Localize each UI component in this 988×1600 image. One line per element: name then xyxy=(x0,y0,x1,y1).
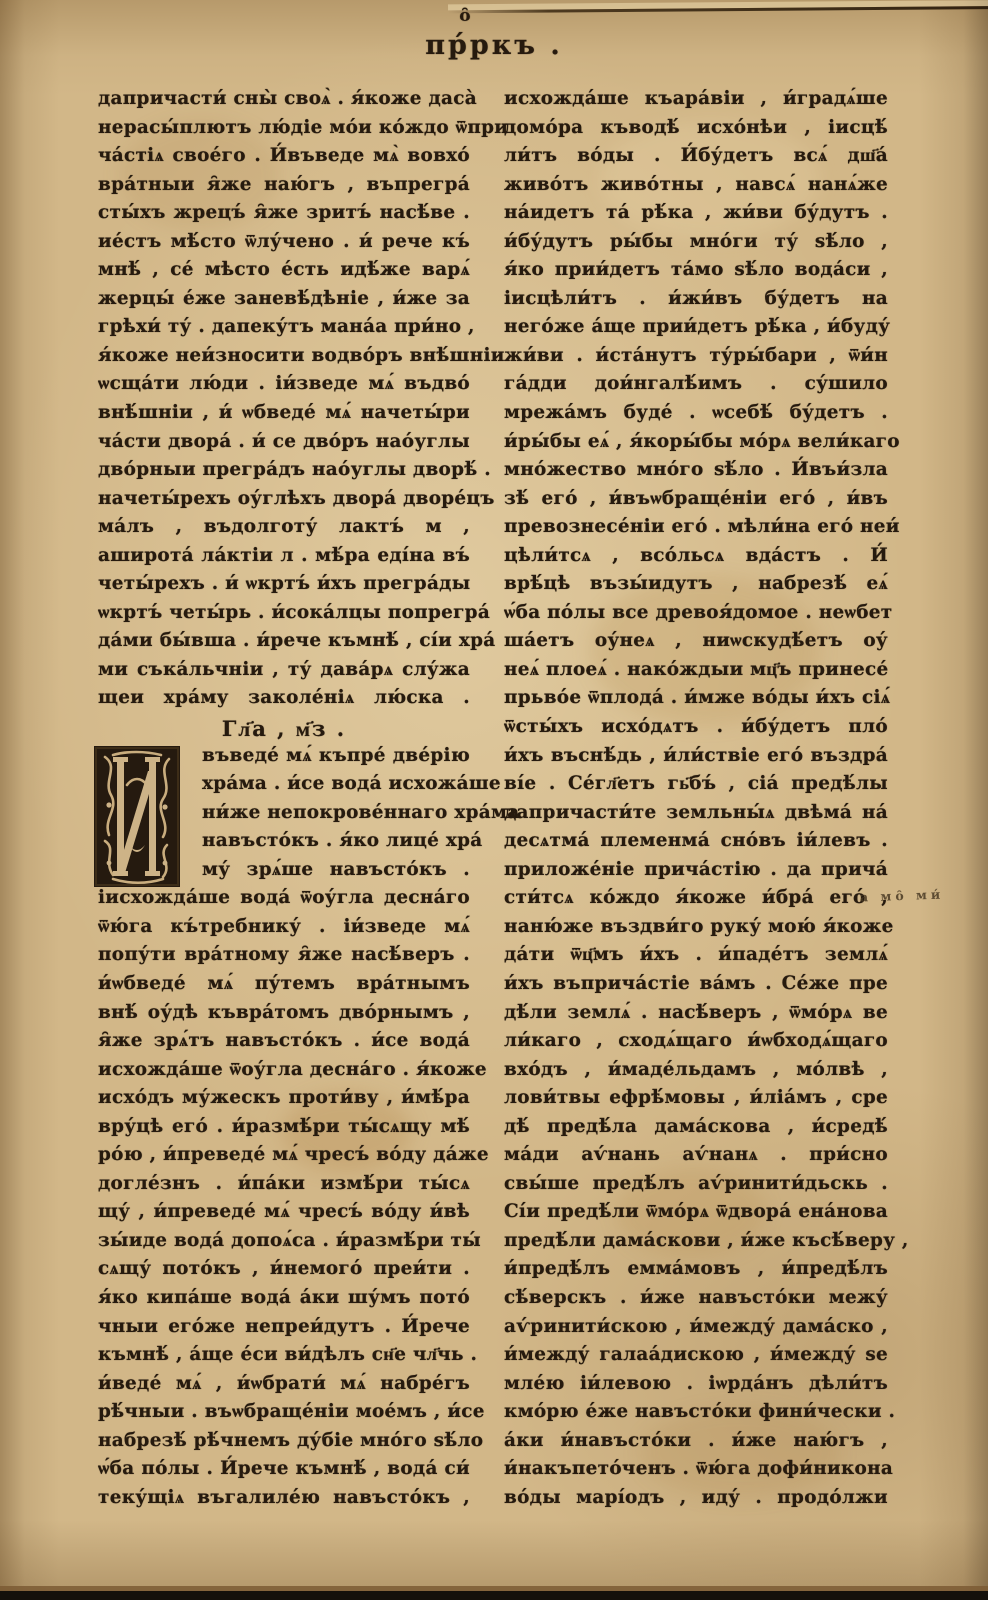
text-line: аширота́ ла́ктіи л . мѣ́ра еді́на въ́ xyxy=(98,545,470,574)
text-line: и́бу́дутъ ры́бы мно́ги ту́ ѕѣ́ло , xyxy=(504,231,888,260)
text-line: свы́ше предѣ́лъ аѵ́ринити́дьскь . xyxy=(504,1173,888,1202)
text-line: во́ды марі́одъ , иду́ . продо́лжи xyxy=(504,1487,888,1516)
text-line: іисцѣли́тъ . и́жи́въ бу́детъ на xyxy=(504,288,888,317)
text-line: ча́стіѧ свое́го . И́въведе мѧ̀ вовхо́ xyxy=(98,145,470,174)
text-line: начеты́рехъ оу́глѣхъ двора́ дворе́цъ xyxy=(98,488,470,517)
right-paragraph: исхожда́ше къара́віи , и́градѧ́шедомо́ра… xyxy=(504,88,888,1515)
text-line: вру́цѣ его́ . и́размѣ́ри ты́сѧщу мѣ́ xyxy=(98,1116,470,1145)
decorative-initial-И xyxy=(93,745,181,888)
text-line: дѣ́ли землѧ́ . насѣ́веръ , ѿмо́рѧ ве xyxy=(504,1002,888,1031)
text-line: да́ти ѿц҃мъ и́хъ . и́паде́тъ землѧ́ xyxy=(504,944,888,973)
text-line: неѧ́ плоеѧ́ . нако́ждыи мц҃ъ принесе́ xyxy=(504,659,888,688)
text-line: ѿсты́хъ исхо́дѧтъ . и́бу́детъ пло́ xyxy=(504,716,888,745)
text-line: предѣ́ли дама́скови , и́же късѣ́веру , xyxy=(504,1230,888,1259)
text-line: ма́ди аѵ́нань аѵ́нанѧ . при́сно xyxy=(504,1144,888,1173)
text-line: сты́хъ жрецъ́ я̑же зритъ́ насѣ́ве . xyxy=(98,202,470,231)
text-line: а́ки и́навъсто́ки . и́же наю́гъ , xyxy=(504,1430,888,1459)
left-paragraph-1: дапричасти́ сны̀ своѧ̀ . я́коже даса̀нер… xyxy=(98,88,470,716)
text-line: на́идетъ та́ рѣ́ка , жи́ви бу́дутъ . xyxy=(504,202,888,231)
text-line: мнѣ́ , се́ мѣсто е́сть идѣ́же варѧ́ xyxy=(98,259,470,288)
text-line: ві́е . Се́гл҃етъ гь҃бъ́ , сіа́ предѣ́лы xyxy=(504,773,888,802)
text-line: сѣ́верскъ . и́же навъсто́ки межу́ xyxy=(504,1287,888,1316)
text-line: дапричасти́ сны̀ своѧ̀ . я́коже даса̀ xyxy=(98,88,470,117)
text-line: теку́щіѧ въгалиле́ю навъсто́къ , xyxy=(98,1487,470,1516)
text-line: кмо́рю е́же навъсто́ки фини́чески . xyxy=(504,1401,888,1430)
text-line: мле́ю іи́левою . іѡрда́нъ дѣли́тъ xyxy=(504,1373,888,1402)
text-line: вра́тныи я̑же наю́гъ , въпрегра́ xyxy=(98,174,470,203)
text-line: догле́знъ . и́па́ки измѣ́ри ты́сѧ xyxy=(98,1173,470,1202)
text-line: да́ми бы́вша . и́рече къмнѣ́ , сі́и хра́ xyxy=(98,630,470,659)
right-text-column: исхожда́ше къара́віи , и́градѧ́шедомо́ра… xyxy=(504,88,888,1515)
title-abbreviation-mark: о̑ xyxy=(459,6,470,26)
text-line: и́ры́бы еѧ́ , я́коры́бы мо́рѧ вели́каго xyxy=(504,431,888,460)
book-page: о̑пр́ркъ . дапричасти́ сны̀ своѧ̀ . я́ко… xyxy=(0,0,988,1600)
text-line: цѣли́тсѧ , всо́льсѧ вда́стъ . И́ xyxy=(504,545,888,574)
text-line: га́дди дои́нгалѣ́имъ . су́шило xyxy=(504,373,888,402)
text-line: ша́етъ оу́неѧ , ниѡскудѣ́етъ оу́ xyxy=(504,630,888,659)
text-line: живо́тъ живо́тны , навсѧ́ нанѧ́же xyxy=(504,174,888,203)
text-line: внѣ́шніи , и́ ѡбведе́ мѧ́ начеты́ри xyxy=(98,402,470,431)
text-line: наню́же въздви́го руку́ мою́ я́коже xyxy=(504,916,888,945)
text-line: и́предѣ́лъ емма́мовъ , и́предѣ́лъ xyxy=(504,1258,888,1287)
text-line: и́ѡбведе́ мѧ́ пу́темъ вра́тнымъ xyxy=(98,973,470,1002)
text-line: щеи хра́му заколе́ніѧ лю́ска . xyxy=(98,687,470,716)
text-line: ѡкртъ́ четы́рь . и́сока́лцы попрегра́ xyxy=(98,602,470,631)
text-line: дво́рныи прегра́дъ нао́углы дворѣ́ . xyxy=(98,459,470,488)
running-title: о̑пр́ркъ . xyxy=(425,30,563,61)
text-line: и́накъпето́ченъ . ѿю́га дофи́никона xyxy=(504,1458,888,1487)
text-line: сти́тсѧ ко́ждо я́коже и́бра́ его́ , xyxy=(504,887,888,916)
text-line: зѣ́ его́ , и́въѡбраще́ніи его́ , и́въ xyxy=(504,488,888,517)
left-text-column: дапричасти́ сны̀ своѧ̀ . я́коже даса̀нер… xyxy=(98,88,470,1515)
text-line: врѣ́цѣ възы́идутъ , набрезѣ́ еѧ́ xyxy=(504,573,888,602)
text-line: прьво́е ѿплода́ . и́мже во́ды и́хъ сіѧ́ xyxy=(504,687,888,716)
text-line: ие́стъ мѣ́сто ѿлу́чено . и́ рече къ́ xyxy=(98,231,470,260)
text-line: приложе́ніе прича́стію . да прича́ xyxy=(504,859,888,888)
text-line: я́ко кипа́ше вода́ а́ки шу́мъ пото́ xyxy=(98,1287,470,1316)
text-line: лови́твы ефрѣ́мовы , и́ліа́мъ , сре xyxy=(504,1087,888,1116)
text-line: попу́ти вра́тному я̑же насѣ́веръ . xyxy=(98,944,470,973)
text-line: исхожда́ше къара́віи , и́градѧ́ше xyxy=(504,88,888,117)
text-line: ѡсща́ти лю́ди . іи́зведе мѧ́ въдво́ xyxy=(98,373,470,402)
text-line: мно́жество мно́го ѕѣ́ло . И́въи́зла xyxy=(504,459,888,488)
text-line: аѵ́ринити́скою , и́между́ дама́ско , xyxy=(504,1316,888,1345)
text-line: сѧщу́ пото́къ , и́немого́ преи́ти . xyxy=(98,1258,470,1287)
text-line: рѣ́чныи . въѡбраще́ніи мое́мъ , и́се xyxy=(98,1401,470,1430)
text-line: ми съка́льчніи , ту́ дава́рѧ слу́жа xyxy=(98,659,470,688)
text-line: я̑же зрѧ́тъ навъсто́къ . и́се вода́ xyxy=(98,1030,470,1059)
text-line: Сі́и предѣ́ли ѿмо́рѧ ѿдвора́ ена́нова xyxy=(504,1201,888,1230)
text-line: и́веде́ мѧ́ , и́ѡбрати́ мѧ́ набре́гъ xyxy=(98,1373,470,1402)
text-line: ли́каго , сходѧ́щаго и́ѡбходѧ́щаго xyxy=(504,1030,888,1059)
left-paragraph-2: іисхожда́ше вода́ ѿоу́гла десна́гоѿю́га … xyxy=(98,887,470,1515)
text-line: десѧтма́ племенма́ сно́въ іи́левъ . xyxy=(504,830,888,859)
text-line: дѣ́ предѣ́ла дама́скова , и́средѣ́ xyxy=(504,1116,888,1145)
text-line: исхожда́ше ѿоу́гла десна́го . я́коже xyxy=(98,1059,470,1088)
chapter-heading: Гл҃а , м҃з . xyxy=(98,716,470,745)
running-title-text: пр́ркъ . xyxy=(425,30,563,61)
text-line: мрежа́мъ буде́ . ѡсебѣ́ бу́детъ . xyxy=(504,402,888,431)
text-line: грѣхи́ ту́ . дапеку́тъ мана́а при́но , xyxy=(98,316,470,345)
text-line: жерцы́ е́же заневѣ́дѣніе , и́же за xyxy=(98,288,470,317)
text-line: внѣ́ оу́дѣ къвра́томъ дво́рнымъ , xyxy=(98,1002,470,1031)
text-line: ма́лъ , въдолготу́ лактъ́ м , xyxy=(98,516,470,545)
text-line: ѡ́ба по́лы . И́рече къмнѣ́ , вода́ си́ xyxy=(98,1458,470,1487)
text-line: четы́рехъ . и́ ѡкртъ́ и́хъ прегра́ды xyxy=(98,573,470,602)
text-line: ли́тъ во́ды . И́бу́детъ всѧ́ дш҃а́ xyxy=(504,145,888,174)
text-line: исхо́дъ му́жескъ проти́ву , и́мѣ́ра xyxy=(98,1087,470,1116)
text-line: я́ко прии́детъ та́мо ѕѣ́ло вода́си , xyxy=(504,259,888,288)
margin-note: а мо̑ ми́ xyxy=(860,887,945,905)
text-line: жи́ви . и́ста́нутъ ту́ры́бари , ѿи́н xyxy=(504,345,888,374)
text-line: нерасы́плютъ лю́діе мо́и ко́ждо ѿпри xyxy=(98,117,470,146)
text-line: вхо́дъ , и́маде́льдамъ , мо́лвѣ , xyxy=(504,1059,888,1088)
text-line: щу́ , и́преведе́ мѧ́ чресъ́ во́ду и́вѣ xyxy=(98,1201,470,1230)
text-line: и́хъ въснѣ́дь , и́ли́ствіе его́ въздра́ xyxy=(504,745,888,774)
text-line: ча́сти двора́ . и́ се дво́ръ нао́углы xyxy=(98,431,470,460)
text-line: я́коже неи́зносити водво́ръ внѣ́шніи xyxy=(98,345,470,374)
text-line: зы́иде вода́ допоѧ́са . и́размѣ́ри ты́ xyxy=(98,1230,470,1259)
text-line: домо́ра къводѣ́ исхо́нѣи , іисцѣ́ xyxy=(504,117,888,146)
text-line: и́хъ въприча́стіе ва́мъ . Се́же пре xyxy=(504,973,888,1002)
text-line: ро́ю , и́преведе́ мѧ́ чресъ́ во́ду да́же xyxy=(98,1144,470,1173)
text-line: и́между́ галаа́дискою , и́между́ ѕе xyxy=(504,1344,888,1373)
text-line: дапричасти́те земльны́ѧ двѣма́ на́ xyxy=(504,802,888,831)
text-line: ѿю́га къ́требнику́ . іи́зведе мѧ́ xyxy=(98,916,470,945)
page-bottom-edge xyxy=(0,1591,988,1600)
text-line: іисхожда́ше вода́ ѿоу́гла десна́го xyxy=(98,887,470,916)
text-line: къмнѣ́ , а́ще е́си ви́дѣлъ сн҃е чл҃чь . xyxy=(98,1344,470,1373)
text-line: превознесе́ніи его́ . мѣли́на его́ неи́ xyxy=(504,516,888,545)
text-line: набрезѣ́ рѣ́чнемъ ду́біе мно́го ѕѣ́ло xyxy=(98,1430,470,1459)
text-line: него́же а́ще прии́детъ рѣ́ка , и́буду́ xyxy=(504,316,888,345)
text-line: ѡ́ба по́лы все древоя́домое . неѡбет xyxy=(504,602,888,631)
text-line: чныи его́же непреи́дутъ . И́рече xyxy=(98,1316,470,1345)
